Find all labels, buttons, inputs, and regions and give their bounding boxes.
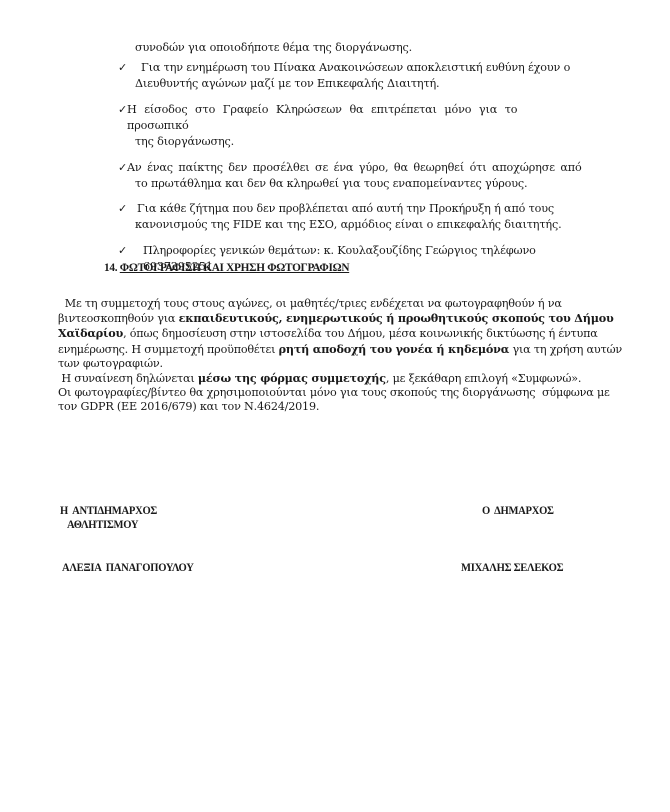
body-line: των φωτογραφιών. (58, 357, 618, 371)
check-icon: ✓ (118, 60, 127, 76)
deputy-mayor-name: ΑΛΕΞΙΑ ΠΑΝΑΓΟΠΟΥΛΟΥ (62, 561, 194, 576)
checklist-item-draw-office: ✓ Η είσοδος στο Γραφείο Κληρώσεων θα επι… (118, 102, 586, 150)
check-icon: ✓ (118, 102, 127, 118)
mayor-name: ΜΙΧΑΛΗΣ ΣΕΛΕΚΟΣ (461, 561, 563, 576)
checklist-continuation-line: συνοδών για οποιοδήποτε θέμα της διοργάν… (118, 40, 586, 56)
rules-checklist: συνοδών για οποιοδήποτε θέμα της διοργάν… (118, 40, 586, 275)
checklist-item-text: Η είσοδος στο Γραφείο Κληρώσεων θα επιτρ… (135, 102, 586, 150)
body-line: ενημέρωσης. Η συμμετοχή προϋποθέτει ρητή… (58, 342, 618, 357)
checklist-item-absent-player: ✓ Αν ένας παίκτης δεν προσέλθει σε ένα γ… (118, 160, 586, 192)
section-title: ΦΩΤΟΓΡΑΦΙΣΗ ΚΑΙ ΧΡΗΣΗ ΦΩΤΟΓΡΑΦΙΩΝ (120, 262, 349, 274)
deputy-mayor-title: Η ΑΝΤΙΔΗΜΑΡΧΟΣ (60, 504, 157, 519)
check-icon: ✓ (118, 243, 127, 259)
deputy-mayor-portfolio: ΑΘΛΗΤΙΣΜΟΥ (67, 518, 138, 533)
checklist-item-chief-arbiter: ✓ Για κάθε ζήτημα που δεν προβλέπεται απ… (118, 201, 586, 233)
section-heading: 14. ΦΩΤΟΓΡΑΦΙΣΗ ΚΑΙ ΧΡΗΣΗ ΦΩΤΟΓΡΑΦΙΩΝ (104, 262, 349, 274)
body-line: Οι φωτογραφίες/βίντεο θα χρησιμοποιούντα… (58, 386, 618, 400)
checklist-item-text: Αν ένας παίκτης δεν προσέλθει σε ένα γύρ… (135, 160, 586, 192)
document-page: συνοδών για οποιοδήποτε θέμα της διοργάν… (0, 0, 670, 812)
check-icon: ✓ (118, 160, 127, 176)
checklist-item-text: Για κάθε ζήτημα που δεν προβλέπεται από … (135, 201, 586, 233)
body-line: τον GDPR (ΕΕ 2016/679) και τον Ν.4624/20… (58, 400, 618, 414)
check-icon: ✓ (118, 201, 127, 217)
body-line: Η συναίνεση δηλώνεται μέσω της φόρμας συ… (58, 371, 618, 386)
mayor-title: Ο ΔΗΜΑΡΧΟΣ (482, 504, 554, 519)
body-line: Χαϊδαρίου, όπως δημοσίευση στην ιστοσελί… (58, 326, 618, 341)
body-line: Με τη συμμετοχή τους στους αγώνες, οι μα… (58, 297, 618, 311)
body-line: βιντεοσκοπηθούν για εκπαιδευτικούς, ενημ… (58, 311, 618, 326)
photography-paragraph: Με τη συμμετοχή τους στους αγώνες, οι μα… (58, 297, 618, 415)
checklist-item-notice-board: ✓ Για την ενημέρωση του Πίνακα Ανακοινώσ… (118, 60, 586, 92)
checklist-item-text: Για την ενημέρωση του Πίνακα Ανακοινώσεω… (135, 60, 586, 92)
section-number: 14. (104, 262, 117, 274)
